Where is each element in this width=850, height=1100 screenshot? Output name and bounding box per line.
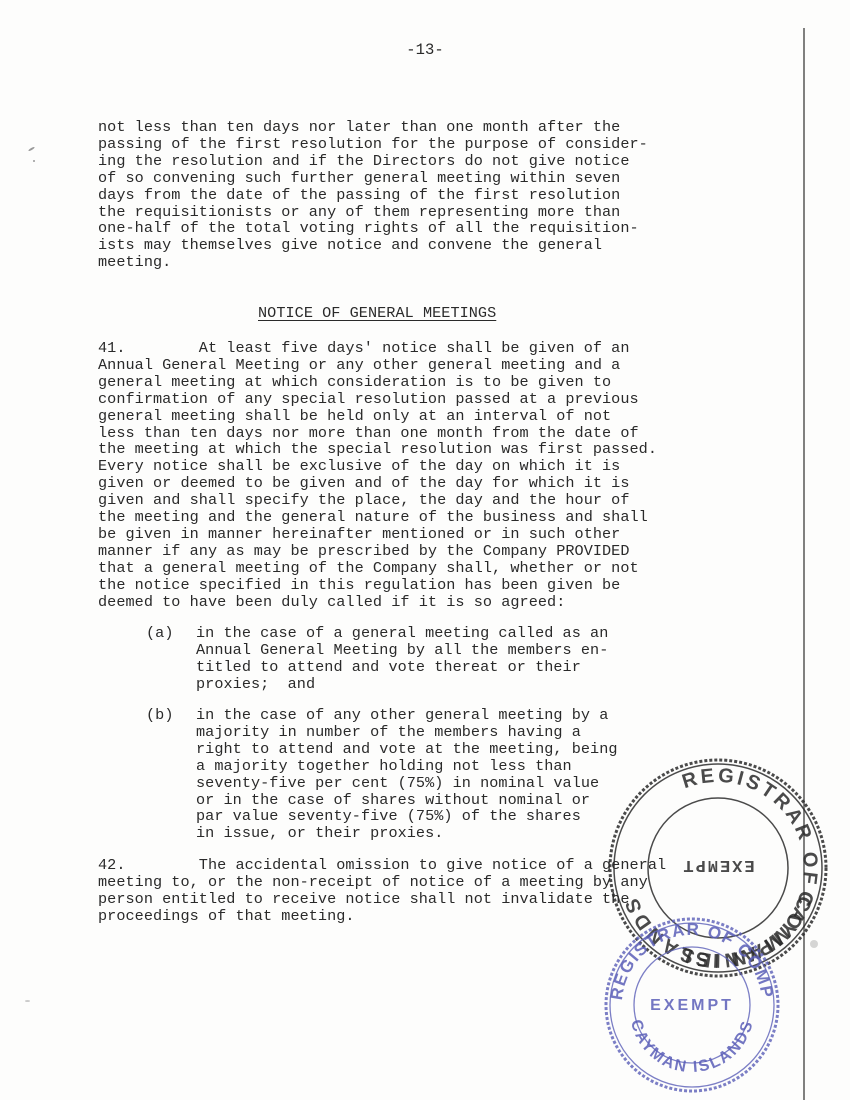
text-line: given or deemed to be given and of the d… [98,475,657,492]
intro-paragraph: not less than ten days nor later than on… [98,119,648,271]
subclause-label: (b) [146,707,196,842]
text-line: right to attend and vote at the meeting,… [196,741,618,758]
text-line: manner if any as may be prescribed by th… [98,543,657,560]
text-line: deemed to have been duly called if it is… [98,594,657,611]
article-41: 41. At least five days' notice shall be … [98,340,657,611]
text-line: one-half of the total voting rights of a… [98,220,648,237]
text-line: passing of the first resolution for the … [98,136,648,153]
text-line: ing the resolution and if the Directors … [98,153,648,170]
text-line: Every notice shall be exclusive of the d… [98,458,657,475]
text-line: par value seventy-five (75%) of the shar… [196,808,618,825]
text-line: meeting. [98,254,648,271]
text-line: or in the case of shares without nominal… [196,792,618,809]
text-line: 42. The accidental omission to give noti… [98,857,666,874]
page-number: -13- [0,42,850,59]
text-line: majority in number of the members having… [196,724,618,741]
text-line: the requisitionists or any of them repre… [98,204,648,221]
text-line: days from the date of the passing of the… [98,187,648,204]
text-line: of so convening such further general mee… [98,170,648,187]
text-line: not less than ten days nor later than on… [98,119,648,136]
subclause-label: (a) [146,625,196,693]
subclause-b: (b)in the case of any other general meet… [146,707,618,842]
text-line: the meeting at which the special resolut… [98,441,657,458]
scan-mark [33,160,35,162]
document-page: -13- not less than ten days nor later th… [0,0,850,1100]
text-line: less than ten days nor more than one mon… [98,425,657,442]
text-line: proceedings of that meeting. [98,908,666,925]
text-line: Annual General Meeting by all the member… [196,642,608,659]
text-line: meeting to, or the non-receipt of notice… [98,874,666,891]
text-line: in the case of a general meeting called … [196,625,608,642]
section-heading: NOTICE OF GENERAL MEETINGS [258,305,496,322]
text-line: in issue, or their proxies. [196,825,618,842]
text-line: Annual General Meeting or any other gene… [98,357,657,374]
blue-registrar-stamp: REGISTRAR OF COMPANIES EXEMPT CAYMAN ISL… [602,910,782,1100]
svg-text:EXEMPT: EXEMPT [650,997,734,1014]
text-line: titled to attend and vote thereat or the… [196,659,608,676]
subclause-a: (a)in the case of a general meeting call… [146,625,608,693]
text-line: person entitled to receive notice shall … [98,891,666,908]
text-line: seventy-five per cent (75%) in nominal v… [196,775,618,792]
subclause-text: in the case of any other general meeting… [196,707,618,842]
svg-text:CAYMAN ISLANDS: CAYMAN ISLANDS [627,1018,757,1076]
text-line: general meeting at which consideration i… [98,374,657,391]
subclause-text: in the case of a general meeting called … [196,625,608,693]
text-line: in the case of any other general meeting… [196,707,618,724]
text-line: proxies; and [196,676,608,693]
article-42: 42. The accidental omission to give noti… [98,857,666,925]
text-line: 41. At least five days' notice shall be … [98,340,657,357]
scan-mark [25,1000,30,1002]
text-line: the meeting and the general nature of th… [98,509,657,526]
text-line: a majority together holding not less tha… [196,758,618,775]
svg-text:REGISTRAR OF COMPANIES: REGISTRAR OF COMPANIES [602,910,777,1001]
text-line: ists may themselves give notice and conv… [98,237,648,254]
svg-text:EXEMPT: EXEMPT [681,855,754,874]
scan-mark [28,146,35,151]
text-line: general meeting shall be held only at an… [98,408,657,425]
text-line: given and shall specify the place, the d… [98,492,657,509]
text-line: the notice specified in this regulation … [98,577,657,594]
seal-icon: REGISTRAR OF COMPANIES EXEMPT CAYMAN ISL… [602,910,782,1100]
text-line: confirmation of any special resolution p… [98,391,657,408]
text-line: be given in manner hereinafter mentioned… [98,526,657,543]
text-line: that a general meeting of the Company sh… [98,560,657,577]
